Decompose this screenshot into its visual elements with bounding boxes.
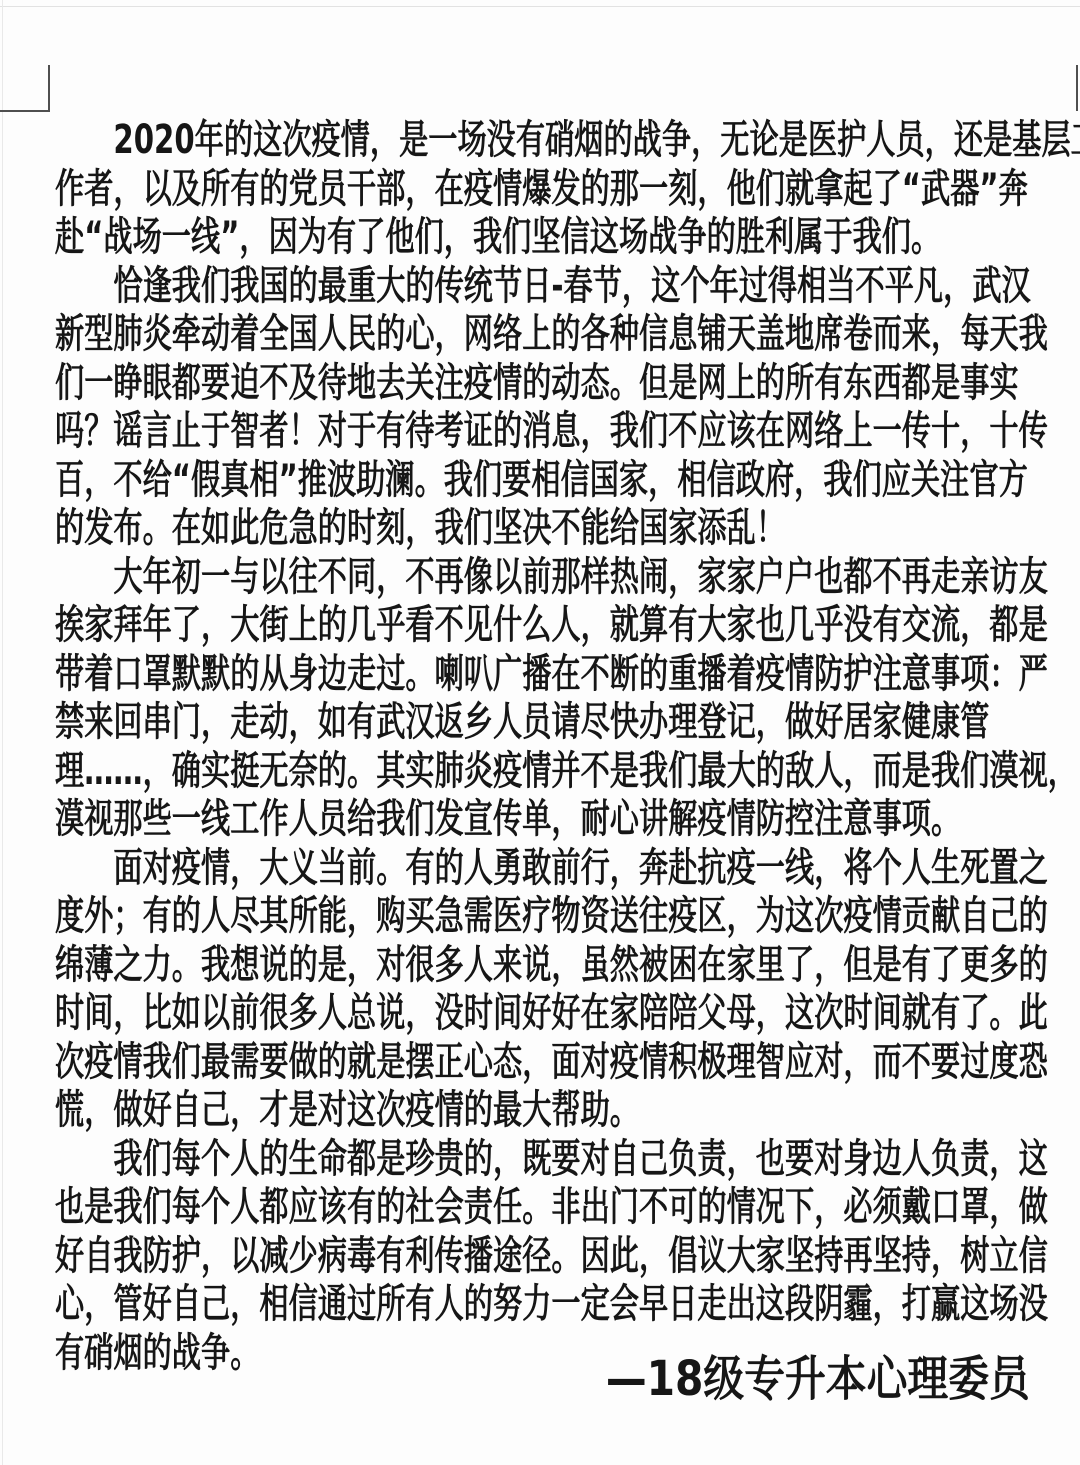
paragraph-4: 面对疫情，大义当前。有的人勇敢前行，奔赴抗疫一线，将个人生死置之 度外；有的人尽… [55, 844, 1060, 1135]
signature-line: —18级专升本心理委员 [606, 1352, 1030, 1406]
document-page: 2020年的这次疫情，是一场没有硝烟的战争，无论是医护人员，还是基层工 作者，以… [0, 0, 1080, 1465]
text-line: 我们每个人的生命都是珍贵的，既要对自己负责，也要对身边人负责，这 [55, 1135, 789, 1184]
text-line: 新型肺炎牵动着全国人民的心，网络上的各种信息铺天盖地席卷而来，每天我 [55, 310, 789, 359]
text-line: 也是我们每个人都应该有的社会责任。非出门不可的情况下，必须戴口罩，做 [55, 1183, 789, 1232]
text-line: 挨家拜年了，大街上的几乎看不见什么人，就算有大家也几乎没有交流，都是 [55, 601, 789, 650]
text-line: 面对疫情，大义当前。有的人勇敢前行，奔赴抗疫一线，将个人生死置之 [55, 844, 789, 893]
text-line: 理……，确实挺无奈的。其实肺炎疫情并不是我们最大的敌人，而是我们漠视， [55, 747, 789, 796]
text-line: 2020年的这次疫情，是一场没有硝烟的战争，无论是医护人员，还是基层工 [55, 116, 789, 165]
text-line: 百，不给“假真相”推波助澜。我们要相信国家，相信政府，我们应关注官方 [55, 456, 789, 505]
text-line: 的发布。在如此危急的时刻，我们坚决不能给国家添乱！ [55, 504, 789, 553]
text-line: 禁来回串门，走动，如有武汉返乡人员请尽快办理登记，做好居家健康管 [55, 698, 789, 747]
text-line: 次疫情我们最需要做的就是摆正心态，面对疫情积极理智应对，而不要过度恐 [55, 1038, 789, 1087]
text-line: 时间，比如以前很多人总说，没时间好好在家陪陪父母，这次时间就有了。此 [55, 989, 789, 1038]
text-line: 好自我防护，以减少病毒有利传播途径。因此，倡议大家坚持再坚持，树立信 [55, 1232, 789, 1281]
text-line: 度外；有的人尽其所能，购买急需医疗物资送往疫区，为这次疫情贡献自己的 [55, 892, 789, 941]
paragraph-1: 2020年的这次疫情，是一场没有硝烟的战争，无论是医护人员，还是基层工 作者，以… [55, 116, 1060, 262]
text-line: 大年初一与以往不同，不再像以前那样热闹，家家户户也都不再走亲访友 [55, 553, 789, 602]
scan-artifact-left-line [2, 0, 3, 1465]
text-line: 吗？谣言止于智者！对于有待考证的消息，我们不应该在网络上一传十，十传 [55, 407, 789, 456]
text-line: 们一睁眼都要迫不及待地去关注疫情的动态。但是网上的所有东西都是事实 [55, 359, 789, 408]
essay-body: 2020年的这次疫情，是一场没有硝烟的战争，无论是医护人员，还是基层工 作者，以… [55, 116, 1060, 1377]
text-line: 恰逢我们我国的最重大的传统节日-春节，这个年过得相当不平凡，武汉 [55, 262, 789, 311]
paragraph-5: 我们每个人的生命都是珍贵的，既要对自己负责，也要对身边人负责，这 也是我们每个人… [55, 1135, 1060, 1378]
margin-corner-mark-left [0, 65, 50, 112]
text-line: 心，管好自己，相信通过所有人的努力一定会早日走出这段阴霾，打赢这场没 [55, 1280, 789, 1329]
paragraph-3: 大年初一与以往不同，不再像以前那样热闹，家家户户也都不再走亲访友 挨家拜年了，大… [55, 553, 1060, 844]
text-line: 赴“战场一线”，因为有了他们，我们坚信这场战争的胜利属于我们。 [55, 213, 789, 262]
text-line: 慌，做好自己，才是对这次疫情的最大帮助。 [55, 1086, 789, 1135]
text-line: 漠视那些一线工作人员给我们发宣传单，耐心讲解疫情防控注意事项。 [55, 795, 789, 844]
margin-corner-mark-right [1076, 65, 1078, 111]
text-line: 带着口罩默默的从身边走过。喇叭广播在不断的重播着疫情防护注意事项：严 [55, 650, 789, 699]
paragraph-2: 恰逢我们我国的最重大的传统节日-春节，这个年过得相当不平凡，武汉 新型肺炎牵动着… [55, 262, 1060, 553]
text-line: 作者，以及所有的党员干部，在疫情爆发的那一刻，他们就拿起了“武器”奔 [55, 165, 789, 214]
scan-artifact-top-line [0, 6, 1080, 7]
text-line: 绵薄之力。我想说的是，对很多人来说，虽然被困在家里了，但是有了更多的 [55, 941, 789, 990]
